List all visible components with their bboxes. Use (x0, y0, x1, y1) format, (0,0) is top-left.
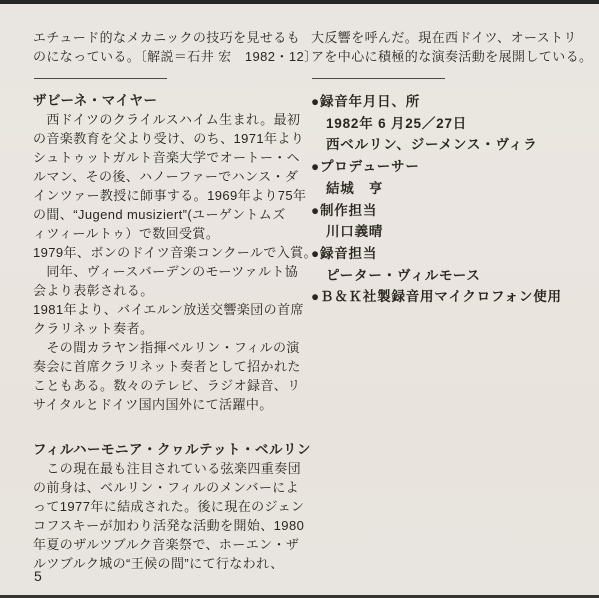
credit-label: ●制作担当 (311, 200, 586, 222)
credits-list: ●録音年月日、所 1982年 6 月25／27日 西ベルリン、ジーメンス・ヴィラ… (311, 91, 586, 308)
scan-edge-top (0, 0, 599, 4)
intro-paragraph-left: エチュード的なメカニックの技巧を見せるも のになっている。〔解説＝石井 宏 19… (33, 28, 303, 66)
section-divider-left (34, 78, 167, 79)
credit-values: 川口義晴 (311, 221, 586, 243)
credit-label: ●録音年月日、所 (311, 91, 586, 113)
intro-paragraph-right: 大反響を呼んだ。現在西ドイツ、オーストリ アを中心に積極的な演奏活動を展開してい… (311, 28, 586, 66)
credit-item: ●録音担当 ピーター・ヴィルモース (311, 243, 586, 286)
credit-label: ●録音担当 (311, 243, 586, 265)
page-number: 5 (34, 568, 42, 584)
left-column: エチュード的なメカニックの技巧を見せるも のになっている。〔解説＝石井 宏 19… (33, 28, 303, 573)
quartet-paragraph: この現在最も注目されている弦楽四重奏団 の前身は、ベルリン・フィルのメンバーによ… (33, 459, 303, 573)
quartet-heading: フィルハーモニア・クヮルテット・ベルリン (33, 440, 303, 459)
credit-values: 1982年 6 月25／27日 西ベルリン、ジーメンス・ヴィラ (311, 113, 586, 156)
section-divider-right (312, 78, 445, 79)
credit-label: ●プロデューサー (311, 156, 586, 178)
credit-item: ●制作担当 川口義晴 (311, 200, 586, 243)
credit-label: ●Ｂ＆Ｋ社製録音用マイクロフォン使用 (311, 286, 586, 308)
credit-values: ピーター・ヴィルモース (311, 265, 586, 287)
right-column: 大反響を呼んだ。現在西ドイツ、オーストリ アを中心に積極的な演奏活動を展開してい… (311, 28, 586, 308)
credit-item: ●録音年月日、所 1982年 6 月25／27日 西ベルリン、ジーメンス・ヴィラ (311, 91, 586, 156)
booklet-page: エチュード的なメカニックの技巧を見せるも のになっている。〔解説＝石井 宏 19… (0, 0, 599, 598)
credit-item: ●プロデューサー 結城 亨 (311, 156, 586, 199)
credit-values: 結城 亨 (311, 178, 586, 200)
bio-heading: ザビーネ・マイヤー (33, 91, 303, 110)
bio-paragraph: 西ドイツのクライルスハイム生まれ。最初 の音楽教育を父より受け、のち、1971年… (33, 110, 303, 414)
credit-item: ●Ｂ＆Ｋ社製録音用マイクロフォン使用 (311, 286, 586, 308)
